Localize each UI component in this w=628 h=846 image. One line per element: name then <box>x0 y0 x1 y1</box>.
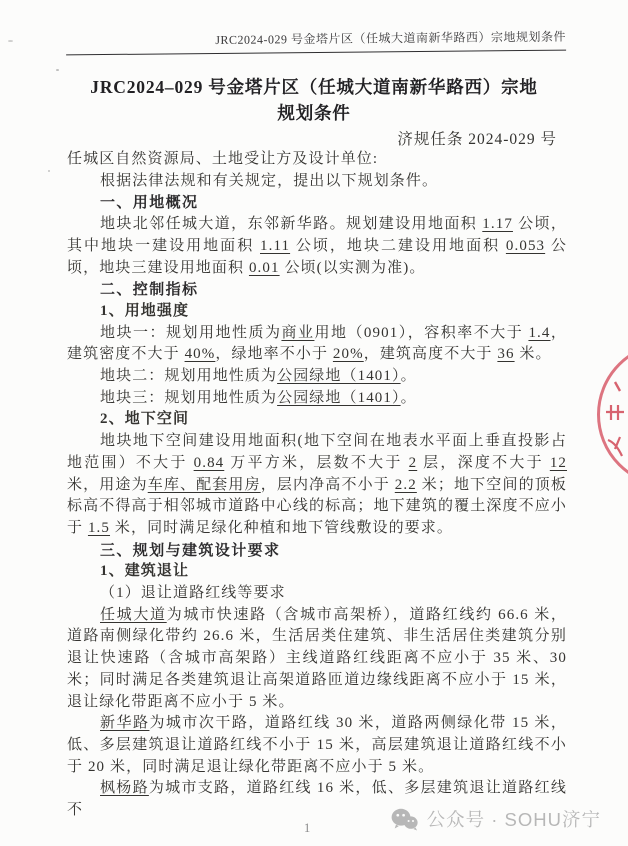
underlined-value: 2 <box>409 455 418 471</box>
underlined-value: 0.053 <box>506 238 545 254</box>
paragraph: 地块一：规划用地性质为商业用地（0901），容积率不大于 1.4，建筑密度不大于… <box>67 323 567 366</box>
paragraph: （1）退让道路红线等要求 <box>67 583 567 605</box>
text-run: 一、用地概况 <box>100 194 198 211</box>
watermark-text: 公众号 · SOHU济宁 <box>427 806 601 832</box>
underlined-value: 车库、配套用房 <box>148 477 261 493</box>
underlined-value: 1.5 <box>88 520 110 536</box>
document-body: 任城区自然资源局、土地受让方及设计单位:根据法律法规和有关规定，提出以下规划条件… <box>67 149 567 822</box>
text-run: 公顷(以实测为准)。 <box>280 260 426 276</box>
text-run: ，层内净高不小于 <box>261 477 395 493</box>
underlined-value: 0.84 <box>194 455 225 471</box>
text-run: 米，同时满足绿化种植和地下管线敷设的要求。 <box>110 520 453 536</box>
watermark: 公众号 · SOHU济宁 <box>391 806 601 832</box>
paragraph: 任城大道为城市快速路（含城市高架桥），道路红线约 66.6 米，道路南侧绿化带约… <box>67 605 567 714</box>
paragraph: 地块北邻任城大道，东邻新华路。规划建设用地面积 1.17 公顷，其中地块一建设用… <box>67 214 567 279</box>
running-header-text: JRC2024-029 号金塔片区（任城大道南新华路西）宗地规划条件 <box>215 30 566 47</box>
paragraph: 任城区自然资源局、土地受让方及设计单位: <box>67 149 567 171</box>
section-heading: 2、地下空间 <box>67 409 567 431</box>
underlined-value: 20% <box>333 346 364 362</box>
paragraph: 地块二：规划用地性质为公园绿地（1401）。 <box>67 366 567 388</box>
underlined-value: 0.01 <box>249 260 280 276</box>
text-run: （1）退让道路红线等要求 <box>100 585 286 601</box>
text-run: 2、地下空间 <box>100 411 189 427</box>
text-run: 。 <box>401 368 417 384</box>
document-page: JRC2024-029 号金塔片区（任城大道南新华路西）宗地规划条件 JRC20… <box>0 0 628 846</box>
wechat-icon <box>391 808 418 831</box>
underlined-value: 1.4 <box>528 325 550 341</box>
text-run: 二、控制指标 <box>100 281 198 298</box>
section-heading: 二、控制指标 <box>67 279 567 301</box>
page-title: JRC2024–029 号金塔片区（任城大道南新华路西）宗地 规划条件 <box>40 74 588 126</box>
text-run: ，建筑高度不大于 <box>364 346 498 362</box>
underlined-value: 枫杨路 <box>100 780 149 796</box>
section-heading: 三、规划与建筑设计要求 <box>67 540 567 562</box>
text-run: 地块北邻任城大道，东邻新华路。规划建设用地面积 <box>100 216 482 232</box>
text-run: 三、规划与建筑设计要求 <box>100 542 280 559</box>
text-run: 层，深度不大于 <box>417 455 550 471</box>
paragraph: 地块地下空间建设用地面积(地下空间在地表水平面上垂直投影占地范围）不大于 0.8… <box>67 431 567 540</box>
underlined-value: 2.2 <box>395 477 417 493</box>
scan-speck <box>8 40 13 42</box>
scan-speck <box>48 170 50 172</box>
underlined-value: 12 <box>550 455 567 471</box>
text-run: 1、用地强度 <box>100 303 189 319</box>
section-heading: 一、用地概况 <box>67 192 567 214</box>
underlined-value: 公园绿地（1401） <box>277 368 401 384</box>
underlined-value: 36 <box>497 346 514 362</box>
underlined-value: 任城大道 <box>100 607 167 623</box>
text-run: 地块一：规划用地性质为 <box>100 325 281 341</box>
title-line-1: JRC2024–029 号金塔片区（任城大道南新华路西）宗地 <box>40 74 588 100</box>
text-run: ，绿地率不小于 <box>215 346 333 362</box>
section-heading: 1、建筑退让 <box>67 561 567 583</box>
text-run: 1、建筑退让 <box>100 563 189 579</box>
scan-speck <box>56 69 59 71</box>
title-line-2: 规划条件 <box>40 100 588 126</box>
page-number: 1 <box>304 821 310 836</box>
text-run: 地块三：规划用地性质为 <box>100 390 277 406</box>
running-header: JRC2024-029 号金塔片区（任城大道南新华路西）宗地规划条件 <box>66 28 566 56</box>
text-run: 米，用途为 <box>67 477 148 493</box>
section-heading: 1、用地强度 <box>67 301 567 323</box>
text-run: 任城区自然资源局、土地受让方及设计单位: <box>67 151 378 167</box>
underlined-value: 1.17 <box>482 216 513 232</box>
paragraph: 新华路为城市次干路，道路红线 30 米，道路两侧绿化带 15 米，低、多层建筑退… <box>67 713 567 778</box>
paragraph: 地块三：规划用地性质为公园绿地（1401）。 <box>67 388 567 410</box>
text-run: 用地（0901），容积率不大于 <box>314 325 528 341</box>
document-reference-number: 济规任条 2024-029 号 <box>397 127 557 149</box>
underlined-value: 40% <box>185 346 216 362</box>
underlined-value: 1.11 <box>260 238 290 254</box>
paragraph: 根据法律法规和有关规定，提出以下规划条件。 <box>67 171 567 193</box>
text-run: 米。 <box>515 346 552 362</box>
text-run: 。 <box>401 390 417 406</box>
text-run: 根据法律法规和有关规定，提出以下规划条件。 <box>100 173 438 189</box>
stamp-glyph-fragments <box>599 376 628 464</box>
underlined-value: 新华路 <box>100 715 149 731</box>
underlined-value: 公园绿地（1401） <box>277 390 401 406</box>
underlined-value: 商业 <box>281 325 314 341</box>
text-run: 公顷，地块二建设用地面积 <box>290 238 506 254</box>
text-run: 万平方米，层数不大于 <box>224 455 408 471</box>
text-run: 地块二：规划用地性质为 <box>100 368 277 384</box>
